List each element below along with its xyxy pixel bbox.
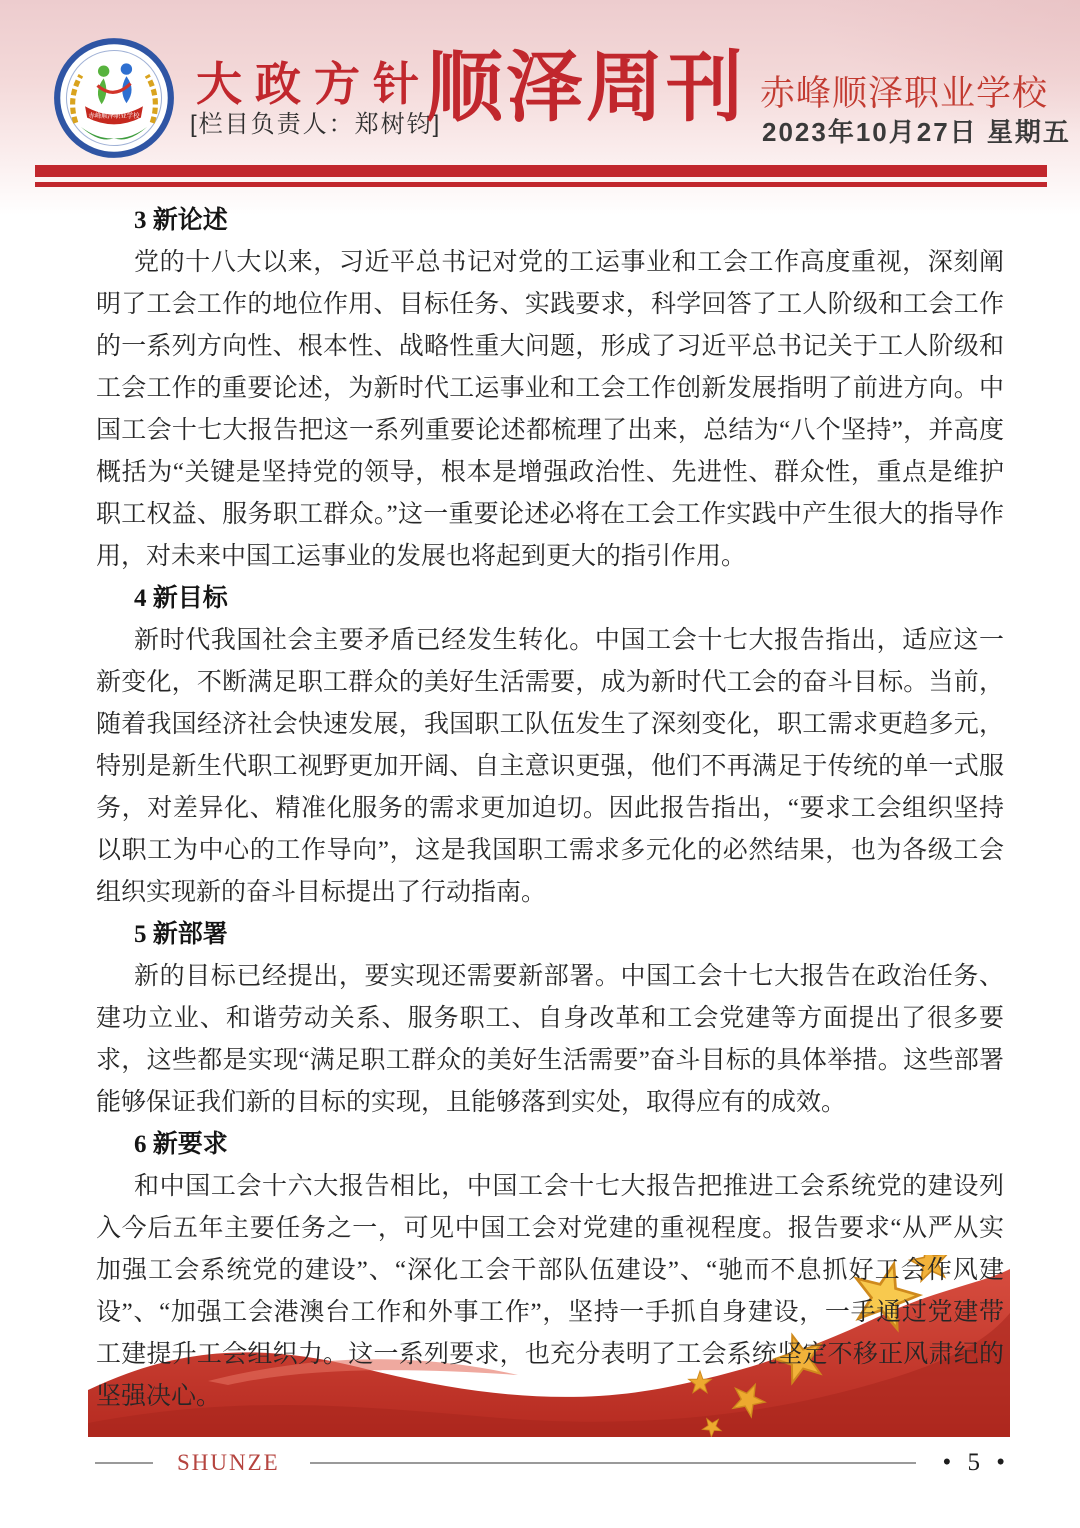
section-heading-4: 4 新目标 — [96, 578, 1004, 620]
page-footer: SHUNZE • 5 • — [95, 1446, 1010, 1480]
section-heading-6: 6 新要求 — [96, 1124, 1004, 1166]
section-heading-3: 3 新论述 — [96, 200, 1004, 242]
issue-date: 2023年10月27日 星期五 — [762, 112, 1071, 149]
section-paragraph-5: 新的目标已经提出，要实现还需要新部署。中国工会十七大报告在政治任务、建功立业、和… — [96, 956, 1004, 1124]
column-editor: [栏目负责人：郑树钧] — [190, 104, 441, 139]
school-logo-icon: 赤峰顺泽职业学校 — [52, 36, 176, 160]
footer-brand: SHUNZE — [177, 1450, 280, 1476]
section-paragraph-3: 党的十八大以来，习近平总书记对党的工运事业和工会工作高度重视，深刻阐明了工会工作… — [96, 242, 1004, 578]
newsletter-page: 赤峰顺泽职业学校 大政方针 [栏目负责人：郑树钧] 顺泽周刊 赤峰顺泽职业学校 … — [0, 0, 1080, 1528]
masthead-title: 顺泽周刊 — [426, 50, 746, 127]
section-heading-5: 5 新部署 — [96, 914, 1004, 956]
section-paragraph-6: 和中国工会十六大报告相比，中国工会十七大报告把推进工会系统党的建设列入今后五年主… — [96, 1166, 1004, 1418]
footer-rule-left — [95, 1462, 153, 1464]
footer-rule-long — [310, 1462, 917, 1464]
school-name: 赤峰顺泽职业学校 — [760, 66, 1048, 116]
page-number: • 5 • — [942, 1449, 1010, 1477]
article-body: 3 新论述 党的十八大以来，习近平总书记对党的工运事业和工会工作高度重视，深刻阐… — [96, 200, 1004, 1418]
section-paragraph-4: 新时代我国社会主要矛盾已经发生转化。中国工会十七大报告指出，适应这一新变化，不断… — [96, 620, 1004, 914]
logo-banner-text: 赤峰顺泽职业学校 — [88, 111, 140, 120]
divider-thin — [35, 182, 1047, 187]
divider-thick — [35, 165, 1047, 177]
